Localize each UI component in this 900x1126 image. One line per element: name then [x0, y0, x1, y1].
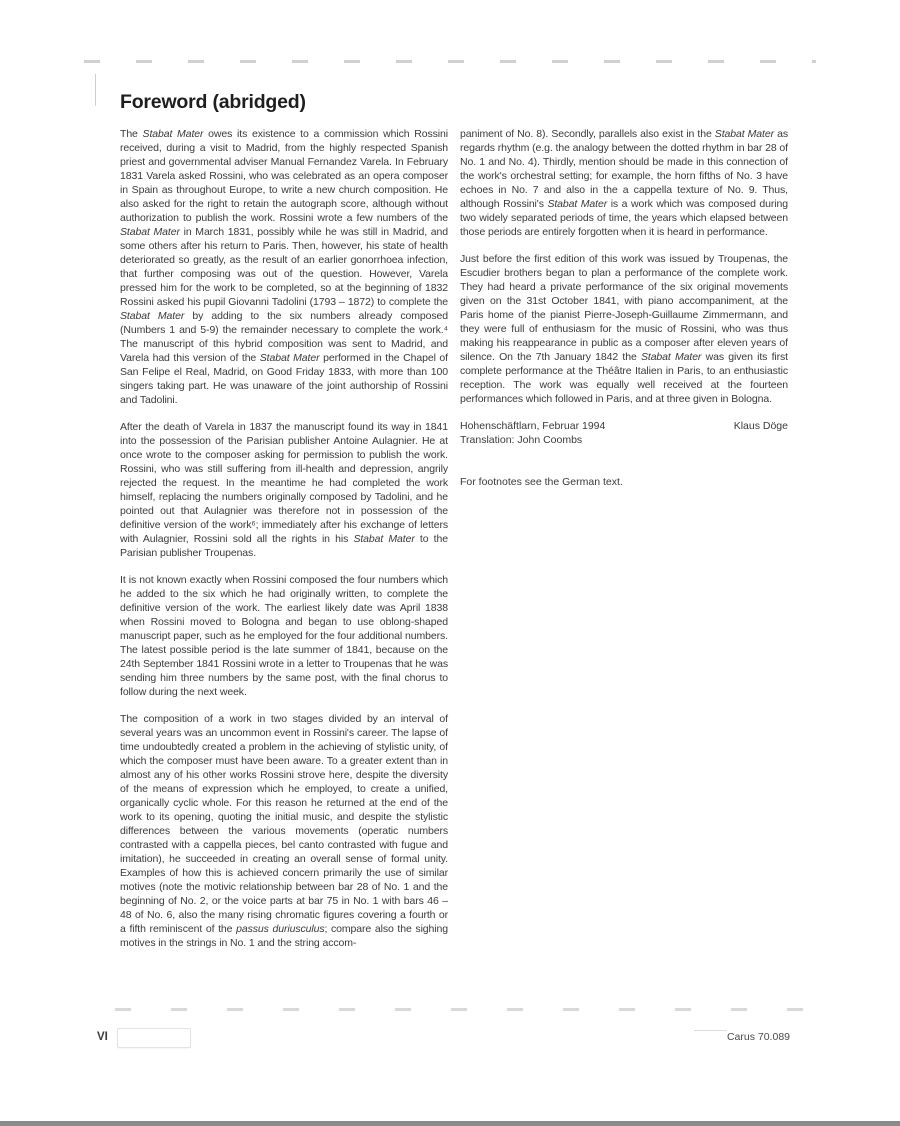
- signoff-translation: Translation: John Coombs: [460, 433, 788, 447]
- footer-catalog-number: Carus 70.089: [727, 1031, 790, 1043]
- scan-artifact-dashed-row-bottom: [115, 1008, 815, 1011]
- signoff-row: Hohenschäftlarn, Februar 1994 Klaus Döge: [460, 419, 788, 433]
- footer-page-number: VI: [97, 1031, 108, 1043]
- scan-artifact-line-above-catalog: [694, 1030, 727, 1031]
- signoff-place-date: Hohenschäftlarn, Februar 1994: [460, 419, 605, 433]
- column-left: The Stabat Mater owes its existence to a…: [120, 127, 448, 963]
- paragraph: After the death of Varela in 1837 the ma…: [120, 420, 448, 560]
- footer-page-number-box: [117, 1028, 191, 1048]
- signoff-author: Klaus Döge: [734, 419, 788, 433]
- paragraph: paniment of No. 8). Secondly, parallels …: [460, 127, 788, 239]
- scan-artifact-dashed-row-top: [84, 60, 816, 63]
- scanned-document-page: Foreword (abridged) The Stabat Mater owe…: [0, 0, 900, 1126]
- column-right: paniment of No. 8). Secondly, parallels …: [460, 127, 788, 963]
- scan-bottom-edge-bar: [0, 1121, 900, 1126]
- paragraph: The Stabat Mater owes its existence to a…: [120, 127, 448, 407]
- paragraph: It is not known exactly when Rossini com…: [120, 573, 448, 699]
- page-title: Foreword (abridged): [120, 91, 306, 114]
- text-columns: The Stabat Mater owes its existence to a…: [120, 127, 788, 963]
- footnote-note: For footnotes see the German text.: [460, 475, 788, 489]
- paragraph: Just before the first edition of this wo…: [460, 252, 788, 406]
- paragraph: The composition of a work in two stages …: [120, 712, 448, 950]
- scan-artifact-left-tick: [95, 74, 96, 106]
